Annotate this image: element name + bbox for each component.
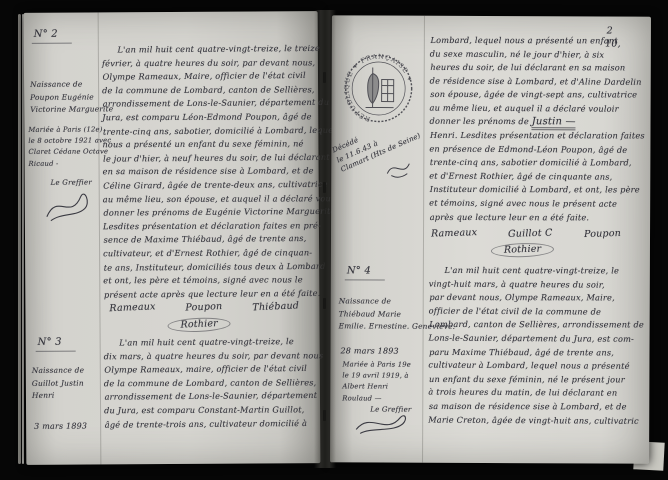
act-number-label: N° 4 — [345, 265, 385, 280]
act3-signature-rothier: Rothier — [491, 242, 555, 258]
margin-act-date: 28 mars 1893 — [340, 345, 398, 358]
spine-stitch — [323, 182, 326, 193]
manuscript-line: cultivateur à Lombard, lequel nous a pré… — [428, 359, 636, 374]
manuscript-line: nous a présenté un enfant du sexe fémini… — [102, 137, 314, 152]
margin-note-line: Claret Cédane Octave — [28, 147, 111, 159]
act4-text: L'an mil huit cent quatre-vingt-treize, … — [428, 264, 637, 428]
manuscript-line: Marie Creton, âgée de vingt-huit ans, cu… — [428, 413, 636, 428]
margin-note-line: le 8 octobre 1921 avec — [28, 136, 111, 148]
manuscript-line: arrondissement de Lons-le-Saunier, dépar… — [103, 96, 315, 111]
right-page: 2 10, RÉPUBLIQUE ✦ FRANÇAISE ✦ Décédéle … — [330, 15, 651, 463]
act2-signatures: RameauxPouponThiébaud — [109, 301, 299, 313]
margin-title-line: Naissance de — [30, 78, 113, 91]
manuscript-line: son épouse, âgée de vingt-sept ans, cult… — [430, 88, 638, 102]
given-names-prefix: donner les prénoms de — [429, 116, 531, 126]
paraph-flourish — [383, 158, 413, 180]
act2-signature-rothier: Rothier — [167, 317, 231, 334]
margin-rule — [422, 16, 425, 463]
manuscript-line: Olympe Rameaux, Maire, officier de l'éta… — [103, 69, 315, 84]
manuscript-line: Henri. Lesdites présentation et déclarat… — [430, 129, 638, 143]
manuscript-line: Lons-le-Saunier, département du Jura, es… — [429, 332, 637, 347]
act-date: 28 mars 1893 — [340, 346, 398, 355]
manuscript-line: donner les prénoms de Eugénie Victorine … — [103, 205, 315, 220]
act2-text: L'an mil huit cent quatre-vingt-treize, … — [102, 42, 316, 302]
manuscript-line: et d'Ernest Rothier, âgé de cinquante an… — [429, 169, 637, 184]
margin-title-line: Poupon Eugénie — [30, 91, 113, 104]
greffier-text: Le Greffier — [51, 178, 92, 186]
manuscript-line: Olympe Rameaux, maire, officier de l'éta… — [104, 362, 316, 377]
margin-title-line: Guillot Justin — [32, 377, 84, 390]
manuscript-line: du sexe masculin, né le jour d'hier, à s… — [430, 47, 638, 62]
act3-given-names-line: donner les prénoms de Justin — — [429, 115, 575, 129]
manuscript-line: et témoins, signé avec nous le présent a… — [429, 197, 637, 212]
signature: Poupon — [584, 228, 621, 240]
manuscript-line: Instituteur domicilié à Lombard, et ont,… — [430, 183, 638, 197]
manuscript-line: et ont, les père et témoins, signé avec … — [103, 273, 315, 288]
manuscript-line: en sa maison de résidence sise à Lombard… — [103, 165, 315, 180]
signature: Thiébaud — [253, 300, 300, 313]
margin-title-line: Victorine Marguerite — [30, 103, 113, 116]
act3-text: L'an mil huit cent quatre-vingt-treize, … — [104, 335, 317, 431]
margin-marriage-note: Mariée à Paris 19ele 19 avril 1919, àAlb… — [342, 359, 411, 404]
book-spine — [314, 10, 336, 468]
manuscript-line: L'an mil huit cent quatre-vingt-treize, … — [444, 264, 637, 278]
manuscript-line: L'an mil huit cent quatre-vingt-treize, … — [117, 42, 314, 57]
book-page-edge — [18, 14, 21, 464]
act3-continued-text: Lombard, lequel nous a présenté un enfan… — [430, 34, 638, 116]
manuscript-line: de résidence sise à Lombard, et d'Aline … — [430, 74, 638, 89]
signature-flourish — [41, 186, 97, 224]
margin-title-line: Henri — [32, 390, 84, 403]
manuscript-line: âgé de trente-trois ans, cultivateur dom… — [105, 416, 317, 431]
manuscript-line: cultivateur, et d'Ernest Rothier, âgé de… — [103, 246, 315, 261]
margin-note-line: Ricaud - — [29, 158, 112, 170]
manuscript-line: à trois heures du matin, de lui déclaran… — [428, 386, 636, 401]
margin-note-line: Mariée à Paris 19e — [342, 359, 411, 371]
left-page: N° 2 Naissance dePoupon EugénieVictorine… — [24, 11, 321, 465]
signature: Poupon — [185, 301, 222, 314]
manuscript-line: arrondissement de Lons-le-Saunier, dépar… — [105, 389, 317, 404]
manuscript-line: officier de l'état civil de la commune d… — [429, 304, 637, 319]
margin-marriage-note: Mariée à Paris (12e)le 8 octobre 1921 av… — [28, 124, 111, 169]
act3-signatures: RameauxGuillot CPoupon — [431, 228, 621, 240]
manuscript-line: te ans, Instituteur, domiciliés tous deu… — [104, 259, 316, 274]
signature: Rameaux — [431, 227, 478, 239]
manuscript-line: du Jura, est comparu Constant-Martin Gui… — [104, 403, 316, 418]
margin-act-number: N° 3 — [36, 337, 76, 352]
manuscript-line: Jura, est comparu Léon-Edmond Poupon, âg… — [102, 110, 314, 125]
manuscript-line: sa maison de résidence sise à Lombard, e… — [429, 400, 637, 414]
signature: Guillot C — [508, 227, 553, 239]
manuscript-line: L'an mil huit cent quatre-vingt-treize, … — [119, 335, 316, 350]
spine-stitch — [323, 72, 326, 83]
manuscript-line: en présence de Edmond-Léon Poupon, âgé d… — [429, 142, 637, 157]
manuscript-line: paru Maxime Thiébaud, âgé de trente ans, — [429, 346, 637, 360]
act3-continued-text: Henri. Lesdites présentation et déclarat… — [429, 129, 637, 225]
manuscript-line: sence de Maxime Thiébaud, âgé de trente … — [104, 232, 316, 247]
act-number-label: N° 3 — [36, 337, 76, 352]
spine-stitch — [323, 410, 326, 421]
margin-title-line: Naissance de — [32, 365, 84, 378]
manuscript-line: par devant nous, Olympe Rameaux, Maire, — [429, 291, 637, 305]
margin-note-line: Albert Henri — [342, 382, 411, 394]
manuscript-line: Lombard, canton de Sellières, arrondisse… — [429, 318, 637, 332]
margin-birth-title: Naissance deGuillot JustinHenri — [32, 365, 85, 403]
manuscript-line: Céline Girard, âgée de trente-deux ans, … — [103, 178, 315, 193]
act-number-label: N° 2 — [32, 29, 72, 44]
signature: Rothier — [504, 244, 542, 256]
act-date: 3 mars 1893 — [34, 422, 87, 431]
margin-act-number: N° 4 — [345, 265, 385, 280]
margin-note-line: Mariée à Paris (12e) — [28, 124, 111, 136]
registry-scan-photo: N° 2 Naissance dePoupon EugénieVictorine… — [0, 0, 668, 480]
margin-note-line: le 19 avril 1919, à — [342, 371, 411, 383]
margin-act-date: 3 mars 1893 — [34, 421, 87, 434]
manuscript-line: trente-cinq ans, sabotier domicilié à Lo… — [430, 156, 638, 170]
signature-flourish — [352, 409, 412, 437]
spine-stitch — [323, 298, 326, 309]
manuscript-line: vingt-huit mars, à quatre heures du soir… — [429, 277, 637, 292]
margin-act-number: N° 2 — [32, 29, 72, 44]
signature: Rameaux — [109, 301, 156, 314]
manuscript-line: un enfant du sexe féminin, né le présent… — [429, 373, 637, 387]
margin-birth-title: Naissance dePoupon EugénieVictorine Marg… — [30, 78, 113, 116]
manuscript-line: après que lecture leur en a été faite. — [430, 211, 638, 225]
manuscript-line: présent acte après que lecture leur en a… — [104, 287, 316, 302]
signature: Rothier — [180, 318, 218, 331]
manuscript-line: Lombard, lequel nous a présenté un enfan… — [430, 34, 638, 48]
manuscript-line: heures du soir, de lui déclarant en sa m… — [430, 61, 638, 75]
